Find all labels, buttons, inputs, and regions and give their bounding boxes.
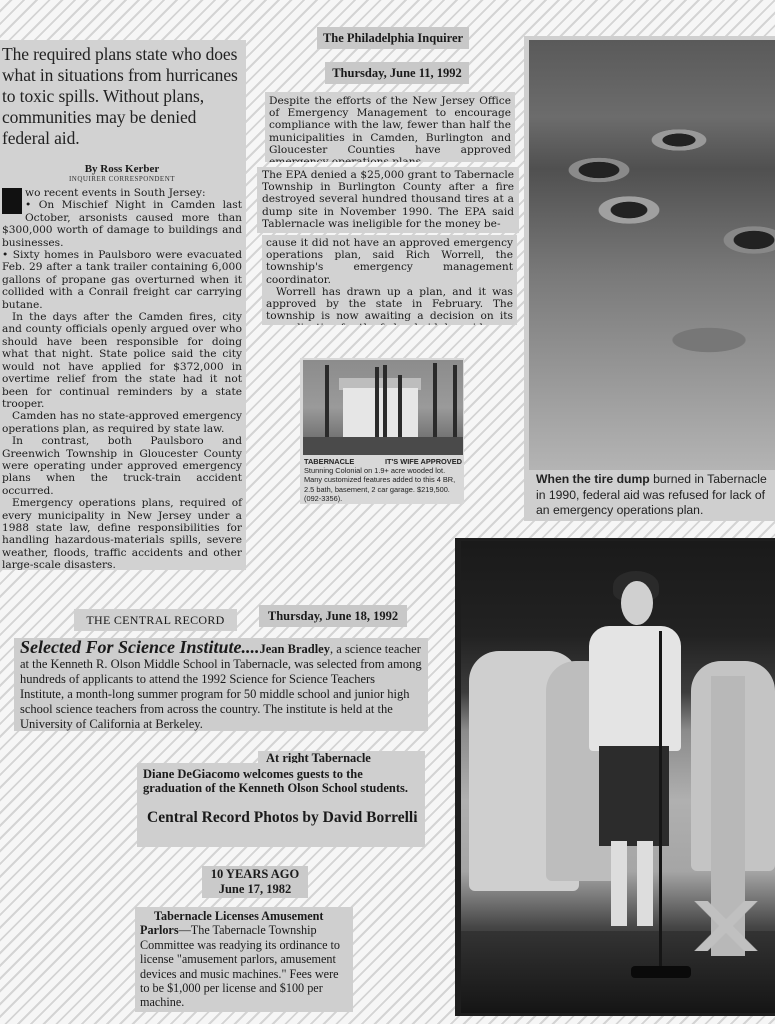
article-paragraph: • Sixty homes in Paulsboro were evacuate… <box>2 249 242 311</box>
caption-lead: When the tire dump <box>536 472 650 486</box>
ad-description: Stunning Colonial on 1.9+ acre wooded lo… <box>304 466 462 503</box>
article-paragraph: Despite the efforts of the New Jersey Of… <box>269 95 511 162</box>
article-paragraph: Camden has no state-approved emergency o… <box>2 410 242 435</box>
despite-clipping: Despite the efforts of the New Jersey Of… <box>265 92 515 162</box>
article-paragraph: In the days after the Camden fires, city… <box>2 311 242 410</box>
newspaper-name-tag: The Philadelphia Inquirer <box>317 27 469 49</box>
graduation-photo <box>461 541 775 1013</box>
ten-years-ago-header: 10 YEARS AGO June 17, 1982 <box>202 866 308 898</box>
article-paragraph: Emergency operations plans, required of … <box>2 497 242 570</box>
inquirer-article-clipping: The required plans state who does what i… <box>0 40 246 570</box>
article-deck: The required plans state who does what i… <box>2 44 242 149</box>
ad-headline: IT'S WIFE APPROVED <box>385 457 462 466</box>
house-photo <box>303 360 463 455</box>
section-date: June 17, 1982 <box>202 882 308 897</box>
amusement-parlors-clipping: Tabernacle Licenses Amusement Parlors—Th… <box>135 907 353 1012</box>
byline: By Ross Kerber <box>2 163 242 175</box>
article-paragraph: • On Mischief Night in Camden last Octob… <box>2 199 242 249</box>
article-paragraph: cause it did not have an approved emerge… <box>266 237 513 286</box>
date-tag: Thursday, June 18, 1992 <box>259 605 407 627</box>
article-paragraph: In contrast, both Paulsboro and Greenwic… <box>2 435 242 497</box>
ad-location: TABERNACLE <box>304 457 354 466</box>
date-tag: Thursday, June 11, 1992 <box>325 62 469 84</box>
epa-clipping: The EPA denied a $25,000 grant to Tabern… <box>257 167 519 233</box>
brief-title: Selected For Science Institute.... <box>20 638 259 657</box>
worrell-clipping: cause it did not have an approved emerge… <box>262 235 517 325</box>
tire-dump-photo <box>529 40 775 470</box>
science-institute-clipping: Selected For Science Institute....Jean B… <box>14 638 428 731</box>
tire-dump-clipping: When the tire dump burned in Tabernacle … <box>524 36 775 521</box>
person-name: Jean Bradley <box>259 642 329 656</box>
article-paragraph: The EPA denied a $25,000 grant to Tabern… <box>262 169 514 230</box>
graduation-photo-clipping <box>455 538 775 1016</box>
dropcap <box>2 188 22 214</box>
photo-caption: When the tire dump burned in Tabernacle … <box>536 472 775 519</box>
newspaper-name-tag: THE CENTRAL RECORD <box>74 609 237 631</box>
ad-caption: TABERNACLE IT'S WIFE APPROVED Stunning C… <box>304 457 462 503</box>
real-estate-ad: TABERNACLE IT'S WIFE APPROVED Stunning C… <box>300 358 464 504</box>
byline-title: INQUIRER CORRESPONDENT <box>2 175 242 183</box>
article-paragraph: wo recent events in South Jersey: <box>2 187 242 199</box>
photo-credit: Central Record Photos by David Borrelli <box>143 809 419 827</box>
section-heading: 10 YEARS AGO <box>202 867 308 882</box>
article-body: wo recent events in South Jersey: • On M… <box>2 187 242 570</box>
article-paragraph: Worrell has drawn up a plan, and it was … <box>266 286 513 325</box>
caption-text: Diane DeGiacomo welcomes guests to the g… <box>143 763 419 795</box>
graduation-caption-clipping: Diane DeGiacomo welcomes guests to the g… <box>137 763 425 847</box>
